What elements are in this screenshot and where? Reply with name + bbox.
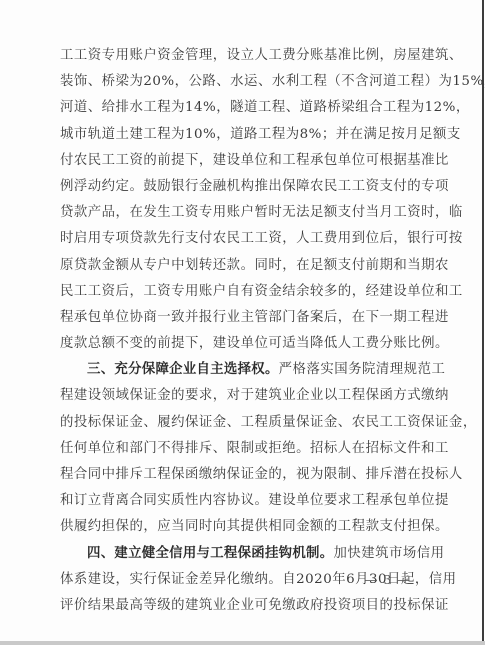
text-line: 时启用专项贷款先行支付农民工工资，人工费用到位后，银行可按: [60, 226, 418, 252]
text-line: 原贷款金额从专户中划转还款。同时，在足额支付前期和当期农: [60, 253, 418, 279]
text-line: 的投标保证金、履约保证金、工程质量保证金、农民工工资保证金，: [60, 410, 418, 436]
text-line: 付农民工工资的前提下，建设单位和工程承包单位可根据基准比: [60, 148, 418, 174]
text-line: 度款总额不变的前提下，建设单位可适当降低人工费分账比例。: [60, 331, 418, 357]
text-line: 程合同中排斥工程保函缴纳保证金的，视为限制、排斥潜在投标人: [60, 462, 418, 488]
text-line: 任何单位和部门不得排斥、限制或拒绝。招标人在招标文件和工: [60, 436, 418, 462]
page-bottom-edge: [0, 641, 485, 645]
document-page: 工工资专用账户资金管理，设立人工费分账基准比例，房屋建筑、 装饰、桥梁为20%，…: [0, 0, 484, 641]
text-line: 河道、给排水工程为14%，隧道工程、道路桥梁组合工程为12%，: [60, 95, 418, 121]
text-line: 程建设领域保证金的要求，对于建筑业企业以工程保函方式缴纳: [60, 383, 418, 409]
section-3-text: 严格落实国务院清理规范工: [279, 362, 446, 377]
section-3-heading: 三、充分保障企业自主选择权。: [87, 362, 279, 377]
section-4-text: 加快建筑市场信用: [333, 546, 444, 561]
text-line: 评价结果最高等级的建筑业企业可免缴政府投资项目的投标保证: [60, 593, 418, 619]
body-text: 工工资专用账户资金管理，设立人工费分账基准比例，房屋建筑、 装饰、桥梁为20%，…: [60, 43, 418, 619]
text-line: 城市轨道土建工程为10%，道路工程为8%；并在满足按月足额支: [60, 122, 418, 148]
section-3-first-line: 三、充分保障企业自主选择权。严格落实国务院清理规范工: [60, 357, 418, 383]
text-line: 供履约担保的，应当同时向其提供相同金额的工程款支付担保。: [60, 514, 418, 540]
text-line: 贷款产品，在发生工资专用账户暂时无法足额支付当月工资时，临: [60, 200, 418, 226]
page-number: — 3 —: [365, 572, 411, 587]
text-line: 和订立背离合同实质性内容协议。建设单位要求工程承包单位提: [60, 488, 418, 514]
text-line: 例浮动约定。鼓励银行金融机构推出保障农民工工资支付的专项: [60, 174, 418, 200]
text-line: 民工工资后，工资专用账户自有资金结余较多的，经建设单位和工: [60, 279, 418, 305]
text-line: 装饰、桥梁为20%，公路、水运、水利工程（不含河道工程）为15%，: [60, 69, 418, 95]
section-4-heading: 四、建立健全信用与工程保函挂钩机制。: [87, 546, 333, 561]
text-line: 工工资专用账户资金管理，设立人工费分账基准比例，房屋建筑、: [60, 43, 418, 69]
section-4-first-line: 四、建立健全信用与工程保函挂钩机制。加快建筑市场信用: [60, 541, 418, 567]
text-line: 程承包单位协商一致并报行业主管部门备案后，在下一期工程进: [60, 305, 418, 331]
